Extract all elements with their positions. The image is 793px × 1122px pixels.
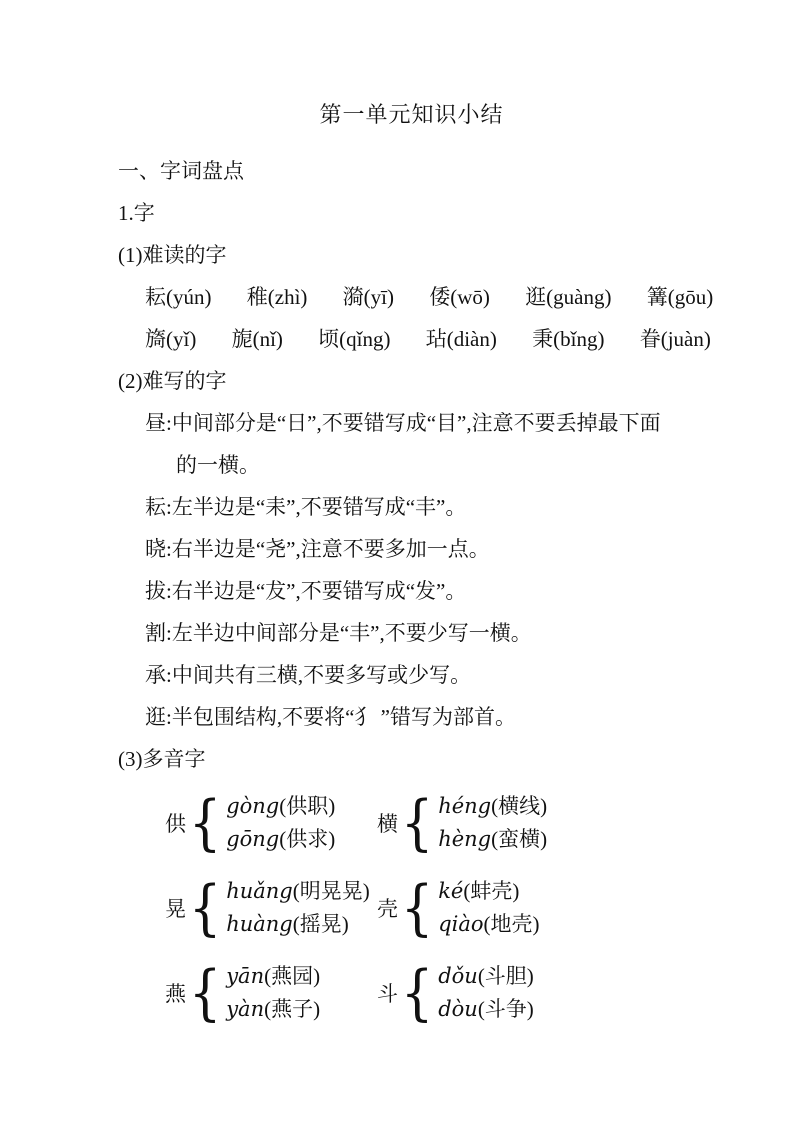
hard-write-note: 逛:半包围结构,不要将“犭 ”错写为部首。 [118, 696, 705, 738]
polyphonic-readings: gòng(供职) gōng(供求) [226, 790, 335, 856]
polyphonic-char: 晃 [165, 893, 186, 923]
section-heading: 一、字词盘点 [118, 150, 705, 192]
polyphonic-label: (3)多音字 [118, 738, 705, 780]
example-word: (燕子) [264, 997, 320, 1021]
polyphonic-readings: dǒu(斗胆) dòu(斗争) [438, 960, 534, 1026]
example-word: (供求) [279, 827, 335, 851]
hard-read-item: 篝(gōu) [647, 285, 714, 309]
polyphonic-row-1: 供 { gòng(供职) gōng(供求) 横 { héng(横线) hèng(… [165, 780, 705, 865]
example-word: (斗胆) [478, 964, 534, 988]
polyphonic-reading: gōng(供求) [226, 823, 335, 856]
example-word: (斗争) [478, 997, 534, 1021]
polyphonic-group: 斗 { dǒu(斗胆) dòu(斗争) [377, 960, 534, 1026]
polyphonic-row-2: 晃 { huǎng(明晃晃) huàng(摇晃) 壳 { ké(蚌壳) qiào… [165, 865, 705, 950]
polyphonic-reading: ké(蚌壳) [438, 875, 539, 908]
example-word: (燕园) [264, 964, 320, 988]
brace-icon: { [189, 878, 221, 938]
pinyin-text: gòng [226, 794, 279, 818]
hard-read-item: 顷(qǐng) [318, 327, 390, 351]
polyphonic-row-3: 燕 { yān(燕园) yàn(燕子) 斗 { dǒu(斗胆) dòu(斗争) [165, 950, 705, 1035]
pinyin-text: huǎng [226, 879, 293, 903]
polyphonic-char: 供 [165, 808, 186, 838]
polyphonic-reading: huǎng(明晃晃) [226, 875, 370, 908]
brace-icon: { [401, 963, 433, 1023]
polyphonic-char: 横 [377, 808, 398, 838]
example-word: (供职) [279, 794, 335, 818]
example-word: (明晃晃) [293, 879, 370, 903]
hard-read-item: 漪(yī) [343, 285, 394, 309]
doc-title: 第一单元知识小结 [118, 101, 705, 129]
hard-read-item: 眷(juàn) [640, 327, 711, 351]
polyphonic-group: 横 { héng(横线) hèng(蛮横) [377, 790, 547, 856]
pinyin-text: hèng [438, 827, 491, 851]
hard-read-item: 逛(guàng) [525, 285, 611, 309]
brace-icon: { [401, 793, 433, 853]
polyphonic-readings: ké(蚌壳) qiào(地壳) [438, 875, 539, 941]
pinyin-text: ké [438, 879, 463, 903]
pinyin-text: dòu [438, 997, 478, 1021]
hard-write-note: 耘:左半边是“耒”,不要错写成“丰”。 [118, 486, 705, 528]
example-word: (地壳) [484, 912, 540, 936]
hard-read-item: 耘(yún) [145, 285, 212, 309]
hard-read-item: 玷(diàn) [426, 327, 497, 351]
hard-write-note: 晓:右半边是“尧”,注意不要多加一点。 [118, 528, 705, 570]
polyphonic-reading: héng(横线) [438, 790, 547, 823]
polyphonic-reading: gòng(供职) [226, 790, 335, 823]
hard-read-label: (1)难读的字 [118, 234, 705, 276]
pinyin-text: huàng [226, 912, 293, 936]
polyphonic-group: 燕 { yān(燕园) yàn(燕子) [165, 960, 377, 1026]
hard-write-label: (2)难写的字 [118, 360, 705, 402]
hard-read-item: 倭(wō) [429, 285, 490, 309]
hard-read-row-2: 旖(yǐ) 旎(nǐ) 顷(qǐng) 玷(diàn) 秉(bǐng) 眷(ju… [118, 318, 705, 360]
hard-read-item: 旎(nǐ) [232, 327, 283, 351]
hard-write-note: 割:左半边中间部分是“丰”,不要少写一横。 [118, 612, 705, 654]
hard-read-item: 稚(zhì) [247, 285, 308, 309]
hard-write-note: 承:中间共有三横,不要多写或少写。 [118, 654, 705, 696]
brace-icon: { [189, 963, 221, 1023]
hard-read-item: 旖(yǐ) [145, 327, 196, 351]
polyphonic-reading: yàn(燕子) [226, 993, 320, 1026]
hard-write-note: 拔:右半边是“犮”,不要错写成“发”。 [118, 570, 705, 612]
example-word: (横线) [491, 794, 547, 818]
pinyin-text: qiào [438, 912, 483, 936]
example-word: (蚌壳) [463, 879, 519, 903]
polyphonic-group: 供 { gòng(供职) gōng(供求) [165, 790, 377, 856]
polyphonic-char: 壳 [377, 893, 398, 923]
polyphonic-reading: dòu(斗争) [438, 993, 534, 1026]
hard-write-note-continuation: 的一横。 [118, 444, 705, 486]
polyphonic-reading: qiào(地壳) [438, 908, 539, 941]
brace-icon: { [401, 878, 433, 938]
polyphonic-reading: huàng(摇晃) [226, 908, 370, 941]
polyphonic-readings: héng(横线) hèng(蛮横) [438, 790, 547, 856]
pinyin-text: yān [226, 964, 264, 988]
example-word: (摇晃) [293, 912, 349, 936]
polyphonic-group: 晃 { huǎng(明晃晃) huàng(摇晃) [165, 875, 377, 941]
hard-read-row-1: 耘(yún) 稚(zhì) 漪(yī) 倭(wō) 逛(guàng) 篝(gōu… [118, 276, 705, 318]
polyphonic-reading: yān(燕园) [226, 960, 320, 993]
polyphonic-reading: hèng(蛮横) [438, 823, 547, 856]
sub-heading: 1.字 [118, 192, 705, 234]
pinyin-text: dǒu [438, 964, 478, 988]
polyphonic-readings: huǎng(明晃晃) huàng(摇晃) [226, 875, 370, 941]
document-page: 第一单元知识小结 一、字词盘点 1.字 (1)难读的字 耘(yún) 稚(zhì… [0, 0, 793, 1122]
polyphonic-group: 壳 { ké(蚌壳) qiào(地壳) [377, 875, 540, 941]
example-word: (蛮横) [491, 827, 547, 851]
polyphonic-char: 斗 [377, 978, 398, 1008]
polyphonic-char: 燕 [165, 978, 186, 1008]
pinyin-text: yàn [226, 997, 264, 1021]
hard-write-note: 昼:中间部分是“日”,不要错写成“目”,注意不要丢掉最下面 [118, 402, 705, 444]
polyphonic-reading: dǒu(斗胆) [438, 960, 534, 993]
pinyin-text: gōng [226, 827, 279, 851]
pinyin-text: héng [438, 794, 491, 818]
hard-read-item: 秉(bǐng) [532, 327, 604, 351]
brace-icon: { [189, 793, 221, 853]
polyphonic-readings: yān(燕园) yàn(燕子) [226, 960, 320, 1026]
